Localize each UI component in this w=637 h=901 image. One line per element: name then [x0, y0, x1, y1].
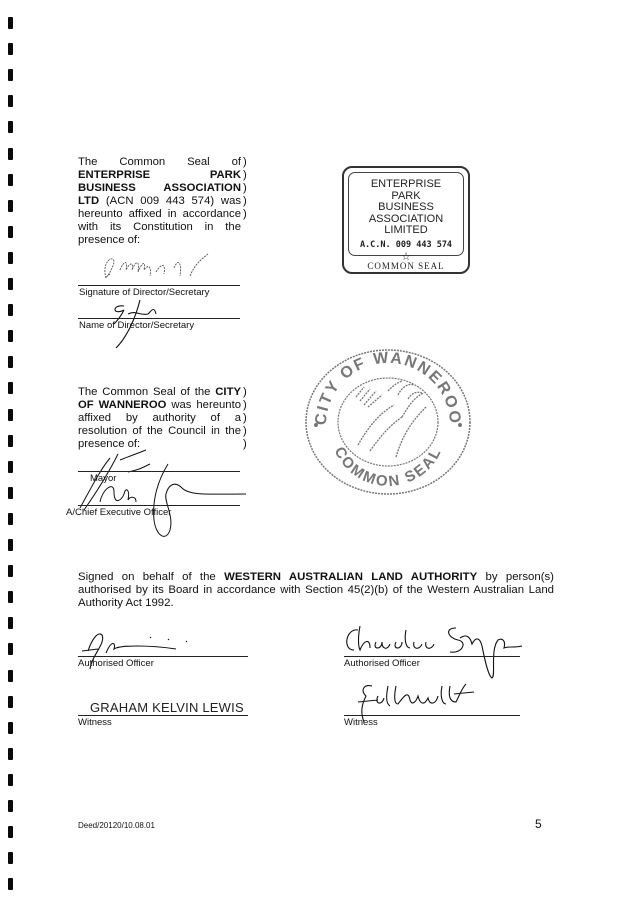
punch-mark	[8, 461, 13, 473]
bracket: )	[243, 169, 247, 182]
punch-mark	[8, 878, 13, 890]
epba-execution-clause: The Common Seal ofENTERPRISE PARKBUSINES…	[78, 156, 241, 247]
punch-mark	[8, 539, 13, 551]
director-signature	[90, 248, 230, 288]
epba-seal-acn: A.C.N. 009 443 574	[349, 240, 463, 252]
seal-line: LIMITED	[349, 225, 463, 237]
bracket: )	[243, 156, 247, 169]
mayor-ceo-signatures	[70, 450, 250, 550]
epba-seal-text: ENTERPRISEPARKBUSINESSASSOCIATIONLIMITED	[349, 179, 463, 237]
svg-text:COMMON SEAL: COMMON SEAL	[331, 444, 446, 490]
page-number: 5	[535, 817, 542, 831]
punch-mark	[8, 278, 13, 290]
bracket: )	[243, 208, 247, 221]
clause-line: affixed by authority of a	[78, 412, 241, 425]
right-witness-line	[344, 715, 520, 716]
punch-mark	[8, 748, 13, 760]
punch-mark	[8, 617, 13, 629]
punch-mark	[8, 643, 13, 655]
left-officer-label: Authorised Officer	[78, 658, 154, 669]
wala-name: WESTERN AUSTRALIAN LAND AUTHORITY	[224, 571, 477, 583]
epba-clause-brackets: )))))	[243, 156, 247, 221]
left-officer-line	[78, 656, 248, 657]
punch-mark	[8, 17, 13, 29]
clause-line: resolution of the Council in the	[78, 425, 241, 438]
punch-mark	[8, 800, 13, 812]
punch-mark	[8, 148, 13, 160]
clause-line: ENTERPRISE PARK	[78, 169, 241, 182]
punch-mark	[8, 382, 13, 394]
mayor-signature-line	[78, 471, 240, 472]
punch-mark	[8, 774, 13, 786]
punch-mark	[8, 200, 13, 212]
svg-text:CITY OF WANNEROO: CITY OF WANNEROO	[313, 350, 464, 426]
clause-line: LTD (ACN 009 443 574) was	[78, 195, 241, 208]
wanneroo-common-seal: CITY OF WANNEROO COMMON SEAL	[298, 347, 478, 497]
punch-mark	[8, 670, 13, 682]
punch-mark	[8, 121, 13, 133]
wala-paragraph-prefix: Signed on behalf of the	[78, 571, 224, 583]
wanneroo-clause-brackets: )))))	[243, 386, 247, 451]
clause-line: BUSINESS ASSOCIATION	[78, 182, 241, 195]
punch-mark	[8, 174, 13, 186]
clause-line: The Common Seal of	[78, 156, 241, 169]
punch-mark	[8, 513, 13, 525]
director-name-line	[78, 318, 240, 319]
punch-mark	[8, 487, 13, 499]
left-witness-line	[78, 715, 248, 716]
document-reference: Deed/20120/10.08.01	[78, 821, 155, 830]
punch-mark	[8, 252, 13, 264]
clause-line: with its Constitution in the	[78, 221, 241, 234]
punch-mark	[8, 409, 13, 421]
punch-mark	[8, 95, 13, 107]
punch-mark	[8, 722, 13, 734]
wanneroo-seal-top-text: CITY OF WANNEROO	[313, 350, 464, 426]
right-officer-label: Authorised Officer	[344, 658, 420, 669]
punch-mark	[8, 226, 13, 238]
ceo-signature-line	[78, 505, 240, 506]
right-officer-line	[344, 656, 520, 657]
left-witness-printed-name: GRAHAM KELVIN LEWIS	[90, 700, 244, 715]
punch-mark	[8, 330, 13, 342]
director-name-label: Name of Director/Secretary	[79, 320, 194, 331]
ceo-label: A/Chief Executive Officer	[66, 507, 171, 518]
punch-mark	[8, 69, 13, 81]
clause-line: OF WANNEROO was hereunto	[78, 399, 241, 412]
punch-mark	[8, 356, 13, 368]
right-authorised-officer-signature	[340, 620, 530, 680]
punch-mark	[8, 826, 13, 838]
wanneroo-execution-clause: The Common Seal of the CITYOF WANNEROO w…	[78, 386, 241, 451]
bracket: )	[243, 412, 247, 425]
director-signature-line	[78, 285, 240, 286]
punch-mark	[8, 565, 13, 577]
bracket: )	[243, 182, 247, 195]
kangaroo-paw-icon	[356, 381, 426, 457]
clause-line: presence of:	[78, 234, 241, 247]
left-witness-label: Witness	[78, 717, 112, 728]
seal-line: BUSINESS	[349, 202, 463, 214]
punch-mark	[8, 696, 13, 708]
punch-mark	[8, 852, 13, 864]
epba-common-seal: ENTERPRISEPARKBUSINESSASSOCIATIONLIMITED…	[342, 166, 470, 274]
punch-mark	[8, 435, 13, 447]
right-witness-label: Witness	[344, 717, 378, 728]
seal-line: ENTERPRISE	[349, 179, 463, 191]
clause-line: The Common Seal of the CITY	[78, 386, 241, 399]
bracket: )	[243, 425, 247, 438]
punch-mark	[8, 591, 13, 603]
epba-seal-footer: COMMON SEAL	[344, 261, 468, 271]
clause-line: hereunto affixed in accordance	[78, 208, 241, 221]
wanneroo-seal-bottom-text: COMMON SEAL	[331, 444, 446, 490]
punch-mark	[8, 304, 13, 316]
mayor-label: Mayor	[90, 473, 116, 484]
bracket: )	[243, 386, 247, 399]
punch-mark	[8, 43, 13, 55]
bracket: )	[243, 399, 247, 412]
wala-execution-paragraph: Signed on behalf of the WESTERN AUSTRALI…	[78, 571, 554, 611]
bracket: )	[243, 195, 247, 208]
